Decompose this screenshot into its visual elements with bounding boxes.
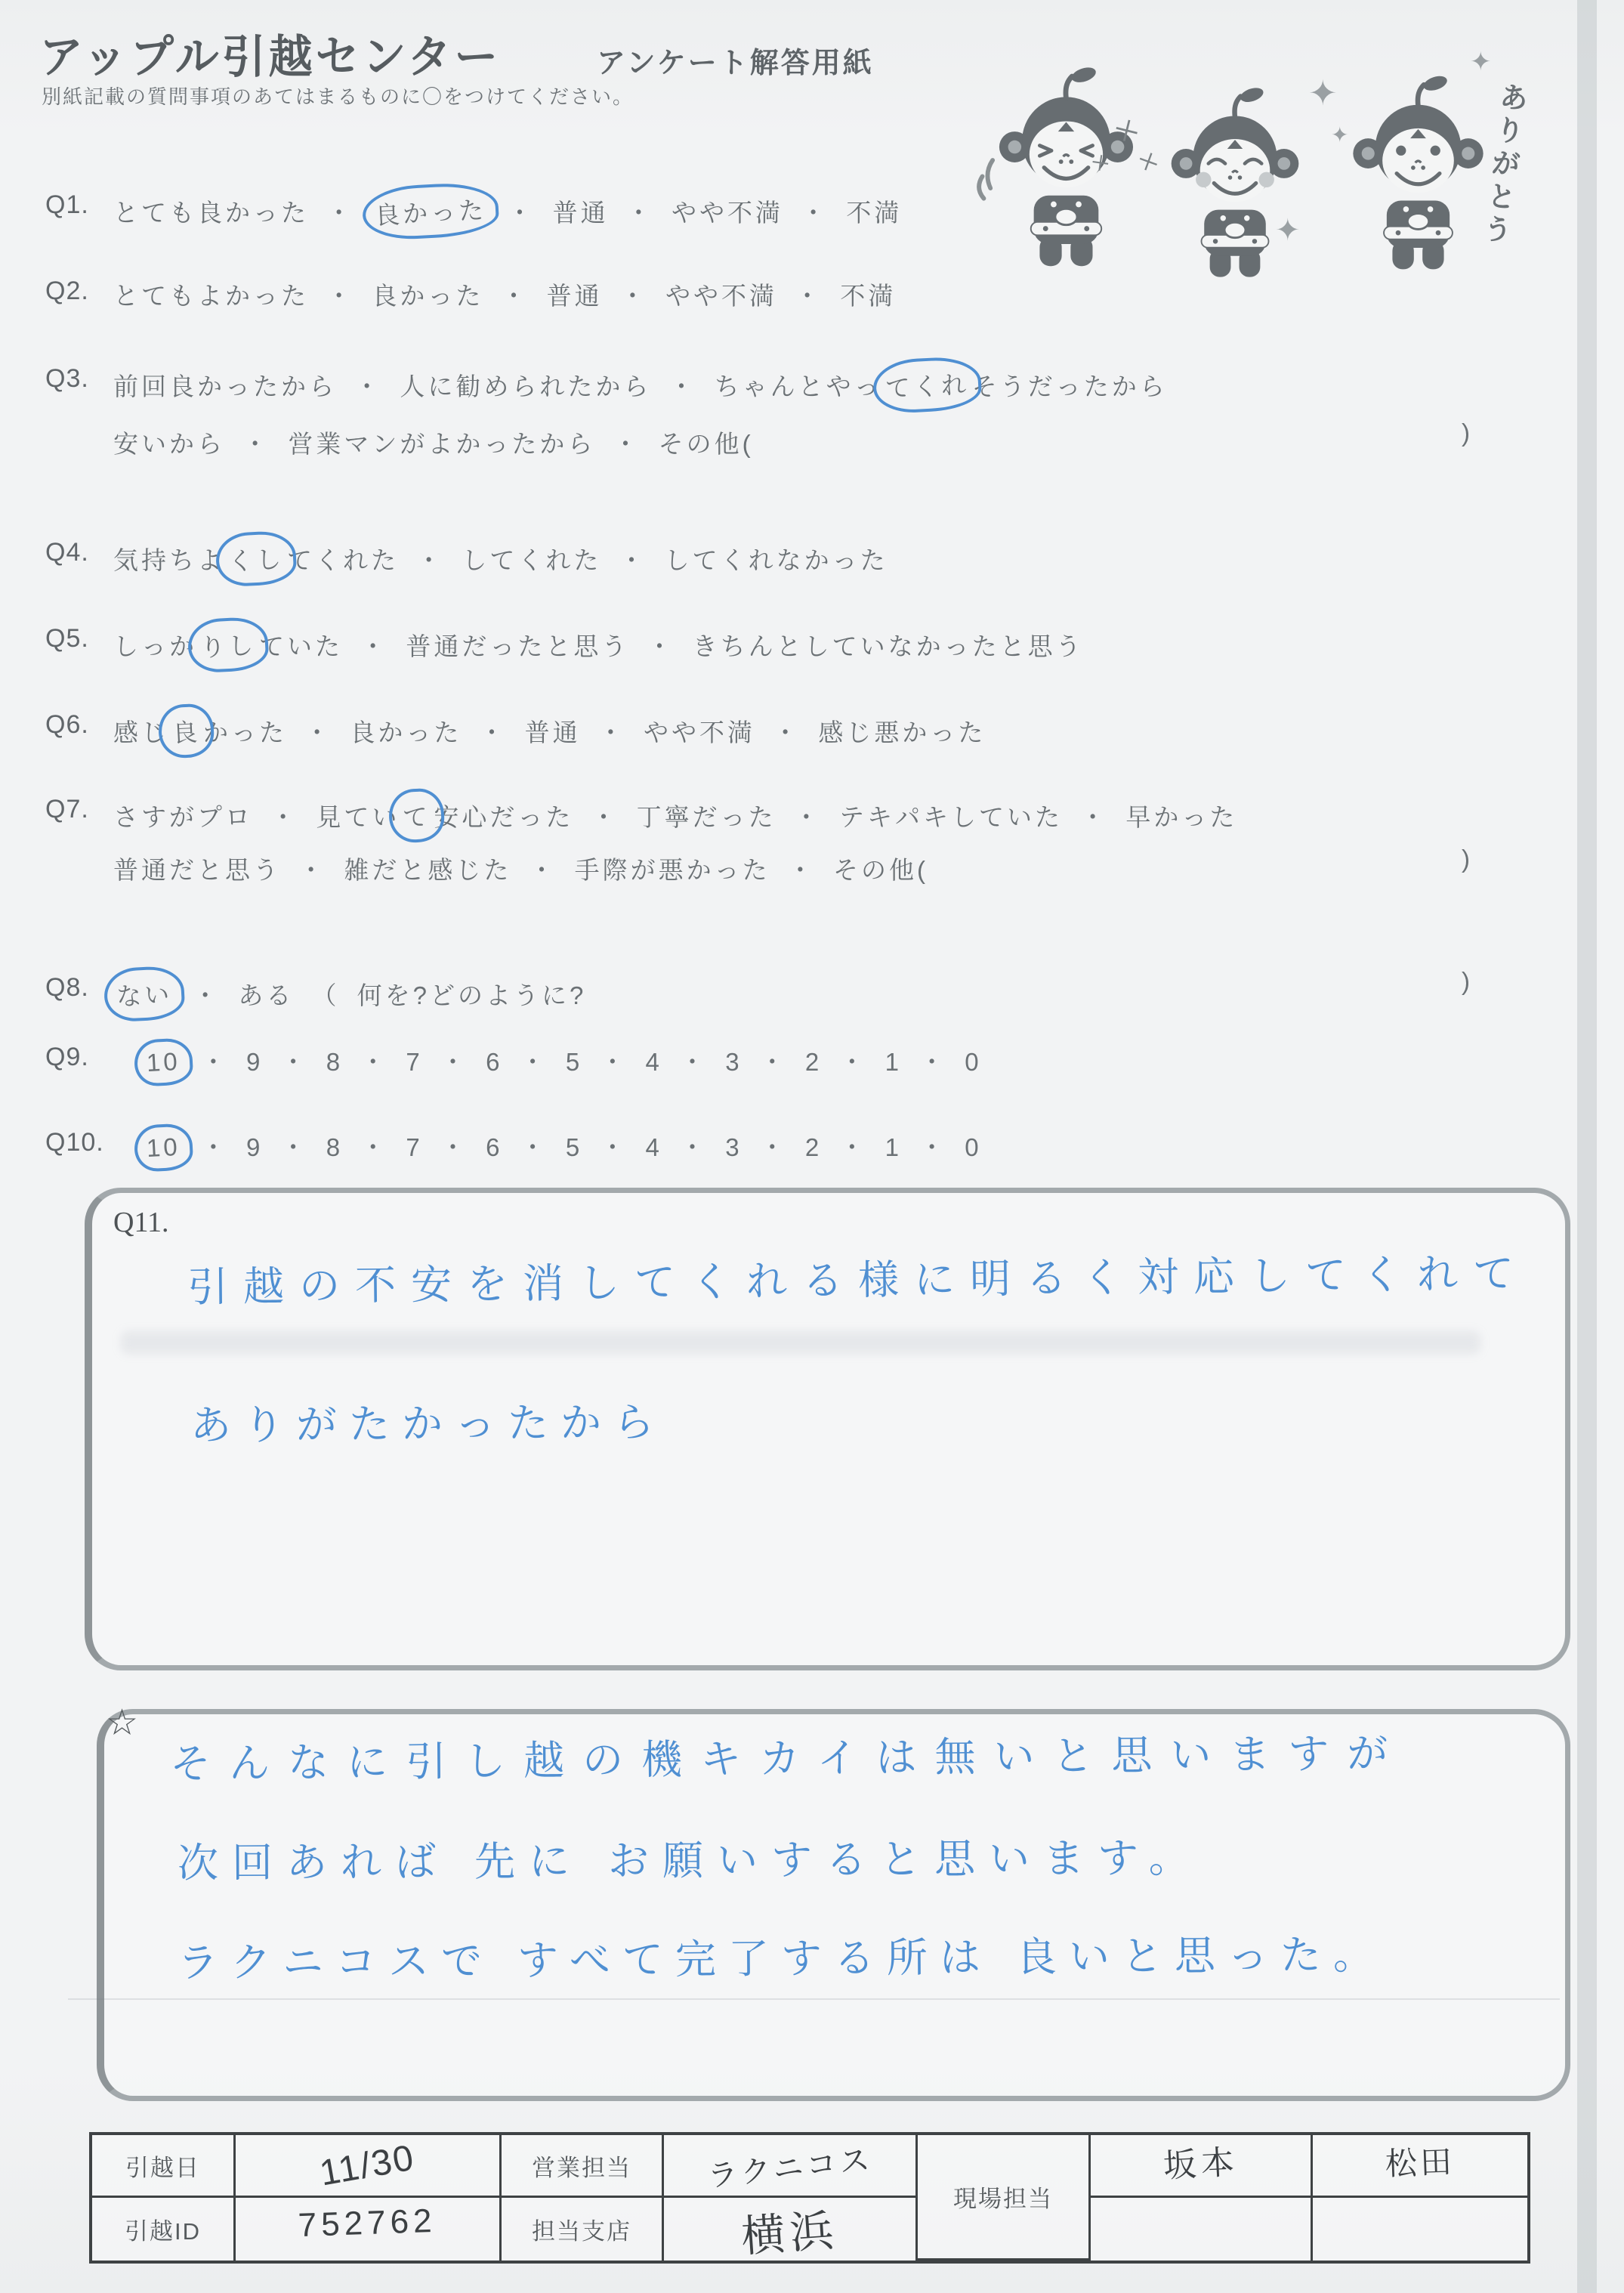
plus-sparkle-icon: ＋ — [1089, 147, 1113, 177]
pen-circle-selected-answer: 良かった — [362, 181, 500, 241]
question-label: Q8. — [45, 973, 89, 1003]
pen-circle-selected-answer: りし — [187, 616, 270, 673]
moving-id-label: 引越ID — [125, 2212, 201, 2246]
scanned-survey-page: アップル引越センター アンケート解答用紙 別紙記載の質問事項のあてはまるものに〇… — [0, 0, 1624, 2293]
option-text: とてもよかった ・ 良かった ・ 普通 ・ やや不満 ・ 不満 — [113, 282, 896, 310]
option-text: ・ 9 ・ 8 ・ 7 ・ 6 ・ 5 ・ 4 ・ 3 ・ 2 ・ 1 ・ 0 — [184, 1133, 982, 1161]
scan-fold-line — [68, 1998, 1560, 2000]
question-options: 安いから ・ 営業マンがよかったから ・ その他( — [113, 425, 754, 460]
question-label: Q3. — [45, 364, 89, 394]
question-options: 気持ちよくしてくれた ・ してくれた ・ してくれなかった — [113, 538, 888, 579]
question-label: Q9. — [45, 1043, 89, 1072]
q11-label: Q11. — [113, 1206, 169, 1239]
option-text: ていた ・ 普通だったと思う ・ きちんとしていなかったと思う — [259, 632, 1084, 660]
instruction-text: 別紙記載の質問事項のあてはまるものに〇をつけてください。 — [42, 82, 634, 110]
option-text: ・ ある （ 何を?どのように? — [175, 981, 586, 1009]
star-note-handwritten-line: 次回あれば 先に お願いすると思います。 — [178, 1825, 1203, 1889]
monkey-mascot-laughing — [961, 51, 1142, 272]
question-label: Q2. — [45, 277, 89, 306]
option-text: ・ 9 ・ 8 ・ 7 ・ 6 ・ 5 ・ 4 ・ 3 ・ 2 ・ 1 ・ 0 — [184, 1048, 982, 1076]
pen-circle-selected-answer: ない — [103, 965, 186, 1022]
question-label: Q5. — [45, 624, 89, 654]
option-text: とても良かった ・ — [113, 199, 372, 227]
pen-circle-selected-answer: くし — [215, 530, 298, 587]
monkey-mascot-smiling — [1159, 73, 1311, 283]
site-crew-value-1: 坂本 — [1162, 2134, 1240, 2186]
sales-rep-label: 営業担当 — [532, 2149, 631, 2183]
moving-date-value: 11/30 — [316, 2137, 418, 2194]
question-label: Q1. — [45, 190, 89, 220]
sales-rep-value: ラクニコス — [705, 2135, 875, 2196]
site-crew-label: 現場担当 — [953, 2180, 1053, 2214]
question-label: Q6. — [45, 710, 89, 740]
scan-smudge — [121, 1331, 1480, 1354]
option-text: そうだったから — [972, 372, 1168, 400]
star-note-handwritten-line: そんなに引し越の機キカイは無いと思いますが — [170, 1721, 1406, 1790]
option-text: かった ・ 良かった ・ 普通 ・ やや不満 ・ 感じ悪かった — [203, 718, 986, 746]
option-text: 前回良かったから ・ 人に勧められたから ・ ちゃんとやっ — [113, 372, 882, 400]
option-text: さすがプロ ・ 見てい — [113, 803, 400, 831]
footer-info-table: 引越日 11/30 営業担当 ラクニコス 現場担当 坂本 松田 引越ID 752… — [89, 2132, 1530, 2264]
option-text: ・ 普通 ・ やや不満 ・ 不満 — [489, 199, 902, 227]
pen-circle-selected-answer: て — [388, 787, 446, 844]
q11-handwritten-answer-line: ありがたかったから — [190, 1390, 667, 1451]
form-title: アンケート解答用紙 — [597, 39, 874, 81]
branch-value: 横浜 — [739, 2194, 841, 2264]
sparkle-icon: ✦ — [1275, 213, 1301, 248]
branch-label: 担当支店 — [532, 2212, 631, 2246]
pen-circle-selected-answer: てくれ — [872, 355, 983, 414]
question-options: 10 ・ 9 ・ 8 ・ 7 ・ 6 ・ 5 ・ 4 ・ 3 ・ 2 ・ 1 ・… — [144, 1128, 982, 1165]
question-options: とてもよかった ・ 良かった ・ 普通 ・ やや不満 ・ 不満 — [113, 277, 896, 312]
paren-close: ) — [1462, 967, 1470, 996]
question-options: しっかりしていた ・ 普通だったと思う ・ きちんとしていなかったと思う — [113, 624, 1084, 666]
question-options: 前回良かったから ・ 人に勧められたから ・ ちゃんとやってくれそうだったから — [113, 364, 1168, 406]
option-text: てくれた ・ してくれた ・ してくれなかった — [287, 546, 888, 574]
question-options: さすがプロ ・ 見ていて安心だった ・ 丁寧だった ・ テキパキしていた ・ 早… — [113, 795, 1237, 836]
question-options: ない ・ ある （ 何を?どのように? — [113, 973, 586, 1015]
question-options: 普通だと思う ・ 雑だと感じた ・ 手際が悪かった ・ その他( — [113, 851, 928, 886]
question-label: Q10. — [45, 1128, 104, 1157]
moving-date-label: 引越日 — [125, 2149, 200, 2183]
company-logo-text: アップル引越センター — [39, 20, 501, 85]
option-text: 安いから ・ 営業マンがよかったから ・ その他( — [113, 430, 754, 458]
question-label: Q7. — [45, 795, 89, 824]
question-options: 10 ・ 9 ・ 8 ・ 7 ・ 6 ・ 5 ・ 4 ・ 3 ・ 2 ・ 1 ・… — [144, 1043, 982, 1080]
option-text: 普通だと思う ・ 雑だと感じた ・ 手際が悪かった ・ その他( — [113, 856, 928, 884]
pen-circle-selected-answer: 10 — [133, 1123, 193, 1173]
sparkle-icon: ✦ — [1470, 47, 1492, 77]
question-options: とても良かった ・ 良かった ・ 普通 ・ やや不満 ・ 不満 — [113, 190, 902, 232]
star-note-handwritten-line: ラクニコスで すべて完了する所は 良いと思った。 — [178, 1922, 1386, 1989]
option-text: 気持ちよ — [113, 546, 225, 574]
paren-close: ) — [1462, 845, 1470, 873]
sparkle-icon: ✦ — [1308, 73, 1338, 113]
moving-id-value: 752762 — [298, 2202, 437, 2244]
question-label: Q4. — [45, 538, 89, 567]
scan-artifact-streak — [1577, 0, 1597, 2293]
pen-circle-selected-answer: 良 — [157, 703, 215, 759]
question-options: 感じ良かった ・ 良かった ・ 普通 ・ やや不満 ・ 感じ悪かった — [113, 710, 986, 752]
sparkle-icon: ✦ — [1331, 122, 1348, 147]
star-icon: ☆ — [106, 1701, 138, 1744]
site-crew-value-2: 松田 — [1385, 2137, 1456, 2184]
option-text: しっか — [113, 632, 197, 660]
pen-circle-selected-answer: 10 — [133, 1037, 193, 1087]
option-text: 安心だった ・ 丁寧だった ・ テキパキしていた ・ 早かった — [434, 803, 1237, 831]
paren-close: ) — [1462, 419, 1470, 447]
